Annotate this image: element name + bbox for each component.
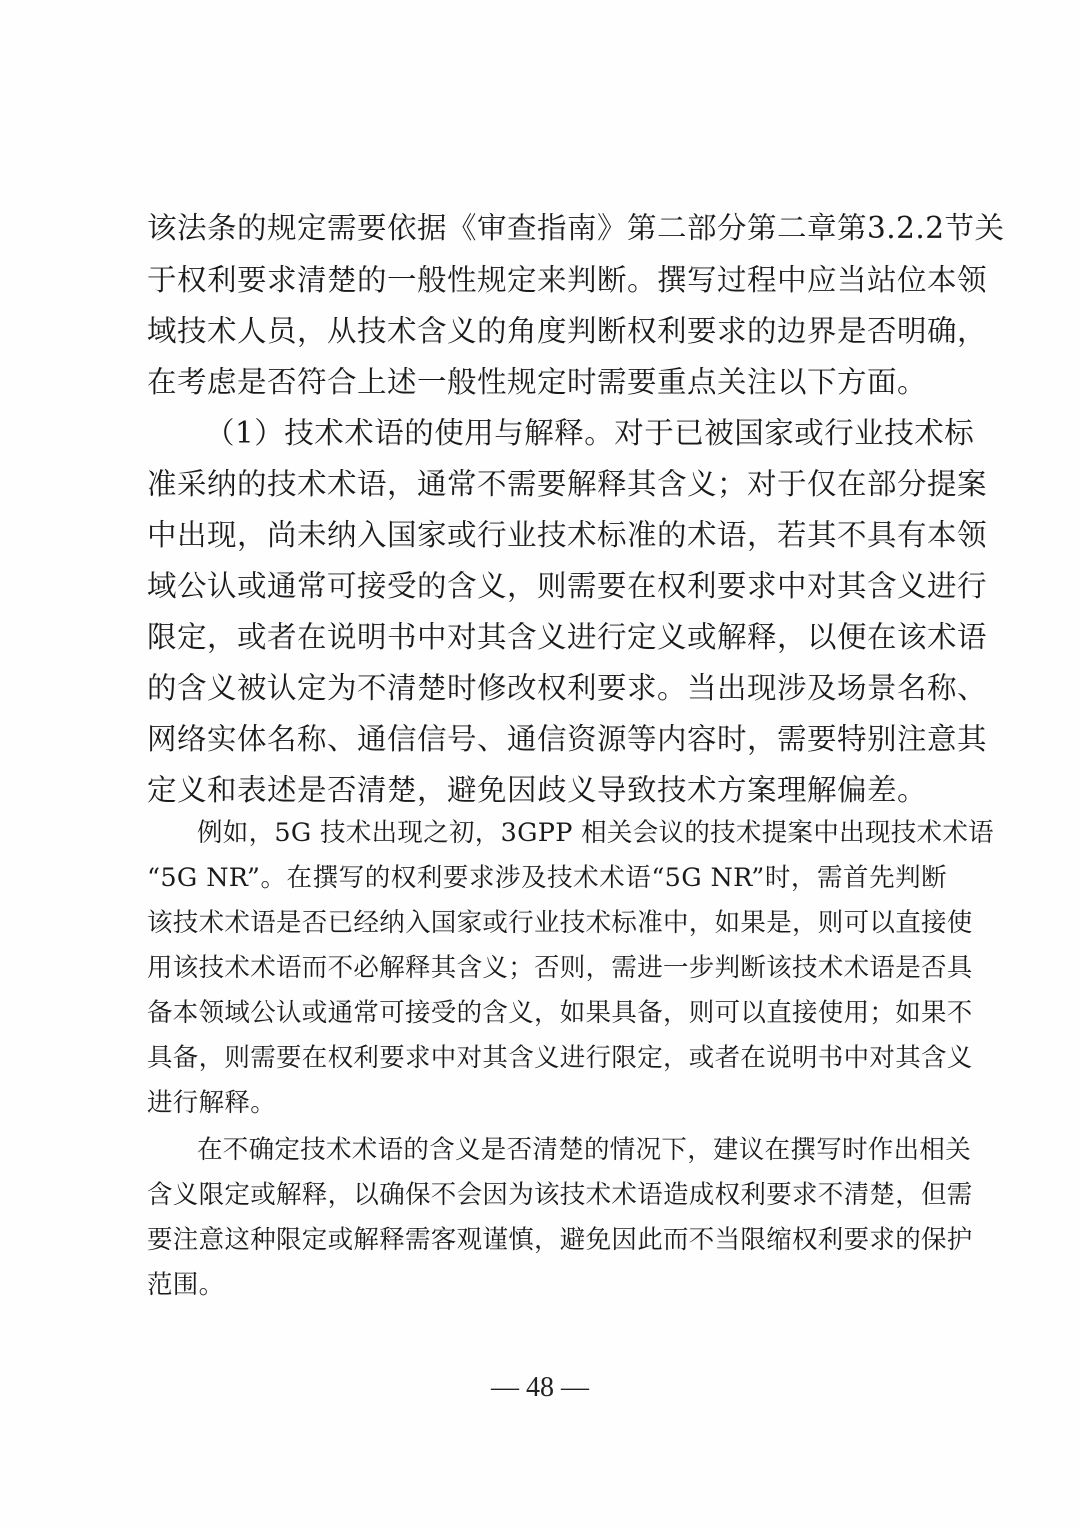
paragraph-line: 要注意这种限定或解释需客观谨慎，避免因此而不当限缩权利要求的保护 xyxy=(147,1222,947,1258)
paragraph-line: 中出现，尚未纳入国家或行业技术标准的术语，若其不具有本领 xyxy=(147,515,947,555)
paragraph-line: 该技术术语是否已经纳入国家或行业技术标准中，如果是，则可以直接使 xyxy=(147,905,947,941)
paragraph-line: 域公认或通常可接受的含义，则需要在权利要求中对其含义进行 xyxy=(147,566,947,606)
paragraph-line: 备本领域公认或通常可接受的含义，如果具备，则可以直接使用；如果不 xyxy=(147,995,947,1031)
paragraph-line: 具备，则需要在权利要求中对其含义进行限定，或者在说明书中对其含义 xyxy=(147,1040,947,1076)
paragraph-line: 含义限定或解释，以确保不会因为该技术术语造成权利要求不清楚，但需 xyxy=(147,1177,947,1213)
paragraph-line: 用该技术术语而不必解释其含义；否则，需进一步判断该技术术语是否具 xyxy=(147,950,947,986)
paragraph-line: 的含义被认定为不清楚时修改权利要求。当出现涉及场景名称、 xyxy=(147,668,947,708)
document-page: 该法条的规定需要依据《审查指南》第二部分第二章第3.2.2节关 于权利要求清楚的… xyxy=(0,0,1080,1527)
paragraph-line: 准采纳的技术术语，通常不需要解释其含义；对于仅在部分提案 xyxy=(147,464,947,504)
paragraph-line: 进行解释。 xyxy=(147,1085,947,1121)
paragraph-line: 例如，5G 技术出现之初，3GPP 相关会议的技术提案中出现技术术语 xyxy=(197,815,947,851)
paragraph-line: 该法条的规定需要依据《审查指南》第二部分第二章第3.2.2节关 xyxy=(147,208,947,248)
paragraph-line: 在考虑是否符合上述一般性规定时需要重点关注以下方面。 xyxy=(147,362,947,402)
paragraph-line: 范围。 xyxy=(147,1267,947,1303)
paragraph-line: 于权利要求清楚的一般性规定来判断。撰写过程中应当站位本领 xyxy=(147,260,947,300)
paragraph-line: 在不确定技术术语的含义是否清楚的情况下，建议在撰写时作出相关 xyxy=(197,1132,947,1168)
paragraph-line: 网络实体名称、通信信号、通信资源等内容时，需要特别注意其 xyxy=(147,719,947,759)
paragraph-line: 限定，或者在说明书中对其含义进行定义或解释，以便在该术语 xyxy=(147,617,947,657)
paragraph-line: 域技术人员，从技术含义的角度判断权利要求的边界是否明确， xyxy=(147,311,947,351)
page-number: — 48 — xyxy=(0,1372,1080,1404)
paragraph-line: （1）技术术语的使用与解释。对于已被国家或行业技术标 xyxy=(205,413,947,453)
paragraph-line: “5G NR”。在撰写的权利要求涉及技术术语“5G NR”时，需首先判断 xyxy=(147,860,947,896)
paragraph-line: 定义和表述是否清楚，避免因歧义导致技术方案理解偏差。 xyxy=(147,770,947,810)
